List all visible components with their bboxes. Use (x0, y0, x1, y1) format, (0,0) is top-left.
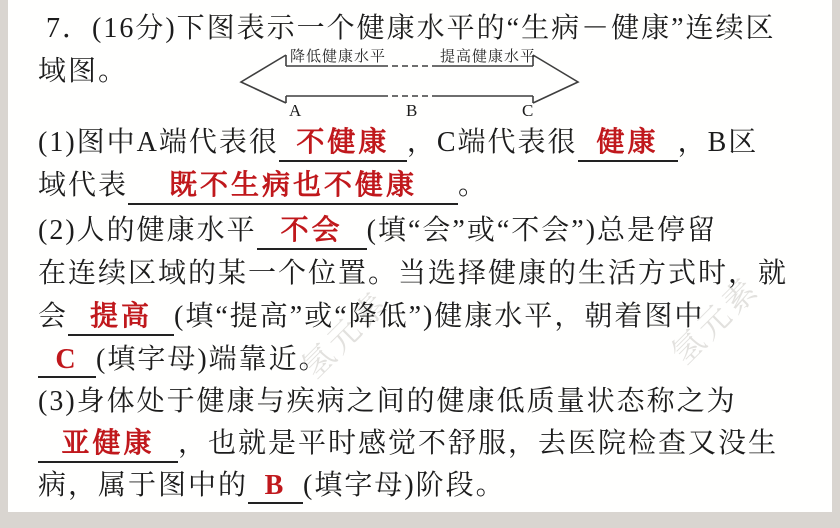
raise-health-label: 提高健康水平 (440, 47, 536, 65)
part3-text: (填字母)阶段。 (303, 470, 506, 501)
question-header-line-2: 域图。 (38, 49, 128, 89)
answer-blank-c-end: 健康 (578, 120, 678, 162)
left-arrowhead (241, 55, 286, 103)
continuum-diagram: 降低健康水平 提高健康水平 A B C (236, 36, 586, 120)
part1-line-2: 域代表既不生病也不健康。 (38, 163, 488, 205)
part1-text: ，C端代表很 (407, 127, 578, 158)
scanned-worksheet: 氢元素 氢元素 7．(16分)下图表示一个健康水平的“生病－健康”连续区 域图。… (0, 0, 840, 528)
part3-line-3: 病，属于图中的B(填字母)阶段。 (38, 463, 506, 504)
answer-blank-b-region: 既不生病也不健康 (128, 163, 458, 205)
part2-text: 在连续区域的某一个位置。当选择健康的生活方式时，就 (38, 258, 788, 289)
part1-line-1: (1)图中A端代表很不健康，C端代表很健康，B区 (38, 120, 758, 162)
part2-line-2: 在连续区域的某一个位置。当选择健康的生活方式时，就 (38, 251, 788, 291)
part2-text: 会 (38, 301, 68, 332)
right-arrowhead (533, 55, 578, 103)
part1-text: 。 (458, 170, 488, 201)
answer-blank-letter-b: B (248, 470, 303, 504)
question-text: 域图。 (38, 56, 128, 87)
part3-line-1: (3)身体处于健康与疾病之间的健康低质量状态称之为 (38, 379, 737, 419)
answer-blank-raise: 提高 (68, 294, 174, 336)
part2-line-1: (2)人的健康水平不会(填“会”或“不会”)总是停留 (38, 208, 717, 250)
part2-line-4: C(填字母)端靠近。 (38, 337, 329, 378)
double-arrow-diagram: 降低健康水平 提高健康水平 A B C (236, 36, 586, 120)
point-b-label: B (406, 101, 417, 120)
answer-blank-will-not: 不会 (257, 208, 367, 250)
part2-text: (填字母)端靠近。 (96, 344, 329, 375)
lower-health-label: 降低健康水平 (290, 47, 386, 65)
part2-line-3: 会提高(填“提高”或“降低”)健康水平，朝着图中 (38, 294, 704, 336)
part2-text: (填“提高”或“降低”)健康水平，朝着图中 (174, 301, 704, 332)
part3-text: 病，属于图中的 (38, 470, 248, 501)
part3-line-2: 亚健康，也就是平时感觉不舒服，去医院检查又没生 (38, 421, 778, 463)
part1-text: ，B区 (678, 127, 759, 158)
part3-text: (3)身体处于健康与疾病之间的健康低质量状态称之为 (38, 386, 737, 417)
answer-blank-subhealth: 亚健康 (38, 421, 178, 463)
worksheet-page: 氢元素 氢元素 7．(16分)下图表示一个健康水平的“生病－健康”连续区 域图。… (8, 0, 832, 512)
part2-text: (填“会”或“不会”)总是停留 (367, 215, 717, 246)
point-a-label: A (289, 101, 302, 120)
part2-text: (2)人的健康水平 (38, 215, 257, 246)
part3-text: ，也就是平时感觉不舒服，去医院检查又没生 (178, 428, 778, 459)
answer-blank-letter-c: C (38, 344, 96, 378)
answer-blank-a-end: 不健康 (279, 120, 407, 162)
part1-text: (1)图中A端代表很 (38, 127, 279, 158)
part1-text: 域代表 (38, 170, 128, 201)
point-c-label: C (522, 101, 533, 120)
